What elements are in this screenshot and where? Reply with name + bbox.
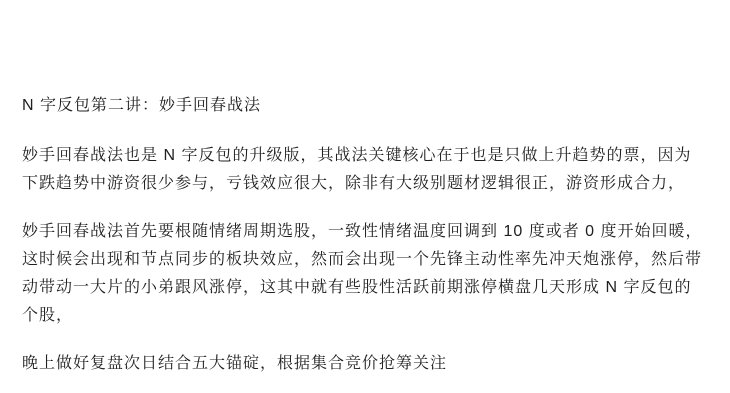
paragraph-1: 妙手回春战法也是 N 字反包的升级版，其战法关键核心在于也是只做上升趋势的票，因…: [22, 142, 708, 198]
paragraph-2: 妙手回春战法首先要根随情绪周期选股，一致性情绪温度回调到 10 度或者 0 度开…: [22, 218, 708, 330]
paragraph-3: 晚上做好复盘次日结合五大锚碇，根据集合竞价抢筹关注: [22, 350, 708, 378]
document-title: N 字反包第二讲：妙手回春战法: [22, 92, 708, 120]
document-page: N 字反包第二讲：妙手回春战法 妙手回春战法也是 N 字反包的升级版，其战法关键…: [0, 0, 730, 393]
